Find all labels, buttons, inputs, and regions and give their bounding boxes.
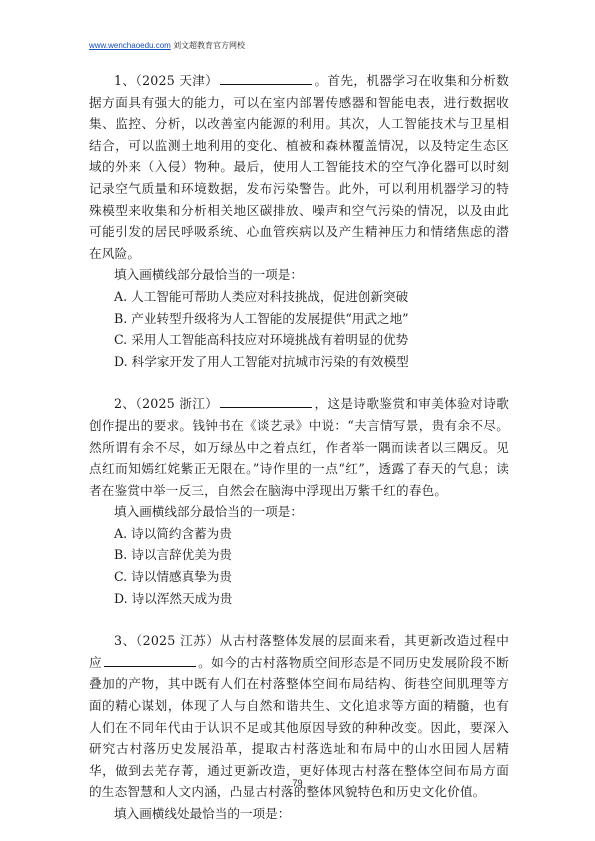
org-name: 刘文超教育官方网校 — [173, 41, 245, 50]
question-source: （2025 天津） — [135, 73, 218, 88]
passage-text: ，这是诗歌鉴赏和审美体验对诗歌创作提出的要求。钱钟书在《谈艺录》中说：“夫言情写… — [89, 396, 509, 497]
option-d: D. 科学家开发了用人工智能对抗城市污染的有效模型 — [89, 351, 509, 373]
question-3: 3、（2025 江苏）从古村落整体发展的层面来看，其更新改造过程中应。如今的古村… — [89, 630, 509, 824]
page-number: 79 — [0, 778, 595, 788]
document-body: 1、（2025 天津）。首先，机器学习在收集和分析数据方面具有强大的能力，可以在… — [89, 70, 509, 841]
question-stem: 1、（2025 天津）。首先，机器学习在收集和分析数据方面具有强大的能力，可以在… — [89, 70, 509, 264]
question-stem: 2、（2025 浙江），这是诗歌鉴赏和审美体验对诗歌创作提出的要求。钱钟书在《谈… — [89, 393, 509, 501]
option-b: B. 产业转型升级将为人工智能的发展提供“用武之地” — [89, 308, 509, 330]
option-c: C. 诗以情感真挚为贵 — [89, 566, 509, 588]
question-source: （2025 江苏） — [136, 633, 220, 648]
question-1: 1、（2025 天津）。首先，机器学习在收集和分析数据方面具有强大的能力，可以在… — [89, 70, 509, 372]
question-2: 2、（2025 浙江），这是诗歌鉴赏和审美体验对诗歌创作提出的要求。钱钟书在《谈… — [89, 393, 509, 609]
question-number: 1、 — [114, 73, 135, 88]
question-number: 2、 — [114, 396, 135, 411]
fill-blank — [104, 654, 196, 667]
fill-blank — [220, 72, 312, 85]
question-prompt: 填入画横线部分最恰当的一项是： — [89, 264, 509, 286]
page-header: www.wenchaoedu.com 刘文超教育官方网校 — [89, 40, 245, 51]
option-a: A. 人工智能可帮助人类应对科技挑战，促进创新突破 — [89, 286, 509, 308]
option-a: A. 诗以简约含蓄为贵 — [89, 523, 509, 545]
option-b: B. 诗以言辞优美为贵 — [89, 544, 509, 566]
option-c: C. 采用人工智能高科技应对环境挑战有着明显的优势 — [89, 329, 509, 351]
question-source: （2025 浙江） — [135, 396, 218, 411]
website-link[interactable]: www.wenchaoedu.com — [89, 41, 171, 50]
question-prompt: 填入画横线处最恰当的一项是： — [89, 803, 509, 825]
question-number: 3、 — [114, 633, 136, 648]
option-d: D. 诗以浑然天成为贵 — [89, 588, 509, 610]
question-prompt: 填入画横线部分最恰当的一项是： — [89, 501, 509, 523]
passage-text: 。首先，机器学习在收集和分析数据方面具有强大的能力，可以在室内部署传感器和智能电… — [89, 73, 509, 261]
fill-blank — [220, 395, 312, 408]
